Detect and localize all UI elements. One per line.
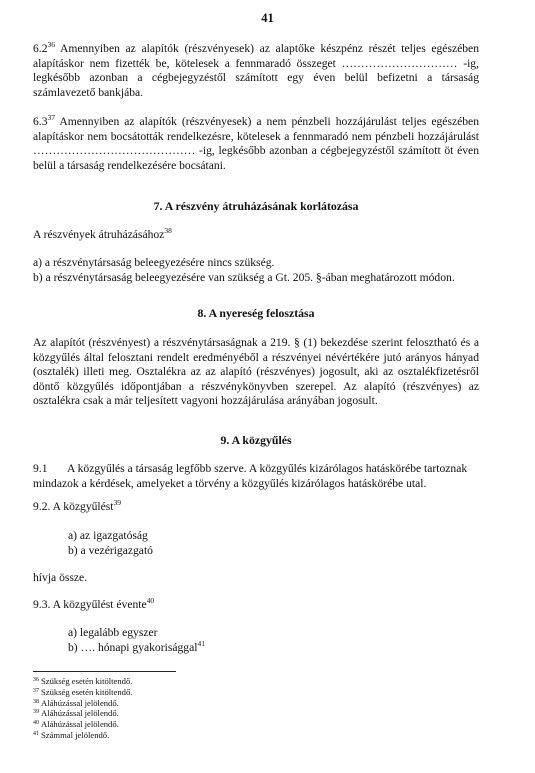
footnote-ref[interactable]: 36 xyxy=(48,40,56,49)
section-8-heading: 8. A nyereség felosztása xyxy=(33,306,479,321)
paragraph-9-3-options: a) legalább egyszer b) …. hónapi gyakori… xyxy=(33,626,514,655)
footnote-text: Aláhúzással jelölendő. xyxy=(41,719,119,729)
paragraph-text: Amennyiben az alapítók (részvényesek) az… xyxy=(33,42,479,99)
paragraph-number: 6.3 xyxy=(33,115,48,128)
footnote-ref[interactable]: 41 xyxy=(197,639,205,648)
footnote-ref[interactable]: 38 xyxy=(164,226,172,235)
option-a: a) a részvénytársaság beleegyezésére nin… xyxy=(33,256,479,271)
option-a: a) legalább egyszer xyxy=(68,626,514,641)
paragraph-number: 9.1 xyxy=(33,462,67,477)
option-a: a) az igazgatóság xyxy=(68,529,514,544)
section-8-text: Az alapítót (részvényest) a részvénytárs… xyxy=(33,336,479,409)
footnote-number: 41 xyxy=(33,731,39,737)
option-b: b) …. hónapi gyakorisággal41 xyxy=(68,641,514,656)
footnote-number: 36 xyxy=(33,677,39,683)
paragraph-9-3-intro: 9.3. A közgyűlést évente40 xyxy=(33,598,479,613)
footnote-ref[interactable]: 39 xyxy=(114,498,122,507)
option-b: b) a részvénytársaság beleegyezésére van… xyxy=(33,271,479,286)
paragraph-9-2-closing: hívja össze. xyxy=(33,571,479,586)
paragraph-9-1: 9.1A közgyűlés a társaság legfőbb szerve… xyxy=(33,462,479,491)
footnote-ref[interactable]: 40 xyxy=(147,596,155,605)
section-7-intro: A részvények átruházásához38 xyxy=(33,228,479,243)
paragraph-number: 6.2 xyxy=(33,42,48,55)
footnotes: 36Szükség esetén kitöltendő. 37Szükség e… xyxy=(33,676,132,741)
footnote: 41Számmal jelölendő. xyxy=(33,730,132,741)
intro-text: A részvények átruházásához xyxy=(33,228,164,241)
footnote-separator xyxy=(33,671,176,672)
paragraph-9-2-intro: 9.2. A közgyűlést39 xyxy=(33,500,479,515)
footnote-number: 37 xyxy=(33,688,39,694)
footnote: 39Aláhúzással jelölendő. xyxy=(33,708,132,719)
footnote: 38Aláhúzással jelölendő. xyxy=(33,698,132,709)
paragraph-9-2-options: a) az igazgatóság b) a vezérigazgató xyxy=(33,529,514,558)
footnote: 40Aláhúzással jelölendő. xyxy=(33,719,132,730)
footnote-text: Szükség esetén kitöltendő. xyxy=(41,676,132,686)
footnote-number: 39 xyxy=(33,709,39,715)
paragraph-text: Amennyiben az alapítók (részvényesek) a … xyxy=(33,115,479,172)
footnote-number: 38 xyxy=(33,699,39,705)
footnote: 36Szükség esetén kitöltendő. xyxy=(33,676,132,687)
intro-text: 9.2. A közgyűlést xyxy=(33,500,114,513)
section-9-heading: 9. A közgyűlés xyxy=(33,433,479,448)
section-7-heading: 7. A részvény átruházásának korlátozása xyxy=(33,199,479,214)
intro-text: 9.3. A közgyűlést évente xyxy=(33,598,147,611)
option-b: b) a vezérigazgató xyxy=(68,544,514,559)
footnote-text: Aláhúzással jelölendő. xyxy=(41,698,119,708)
footnote-text: Szükség esetén kitöltendő. xyxy=(41,687,132,697)
paragraph-6-3: 6.337 Amennyiben az alapítók (részvényes… xyxy=(33,115,479,173)
page-number: 41 xyxy=(0,11,535,26)
section-7-options: a) a részvénytársaság beleegyezésére nin… xyxy=(33,256,479,285)
footnote-text: Számmal jelölendő. xyxy=(41,730,109,740)
footnote-number: 40 xyxy=(33,720,39,726)
paragraph-6-2: 6.236 Amennyiben az alapítók (részvényes… xyxy=(33,42,479,100)
option-text: b) …. hónapi gyakorisággal xyxy=(68,641,197,654)
footnote: 37Szükség esetén kitöltendő. xyxy=(33,687,132,698)
paragraph-text: A közgyűlés a társaság legfőbb szerve. A… xyxy=(33,462,467,490)
footnote-text: Aláhúzással jelölendő. xyxy=(41,708,119,718)
footnote-ref[interactable]: 37 xyxy=(48,113,56,122)
